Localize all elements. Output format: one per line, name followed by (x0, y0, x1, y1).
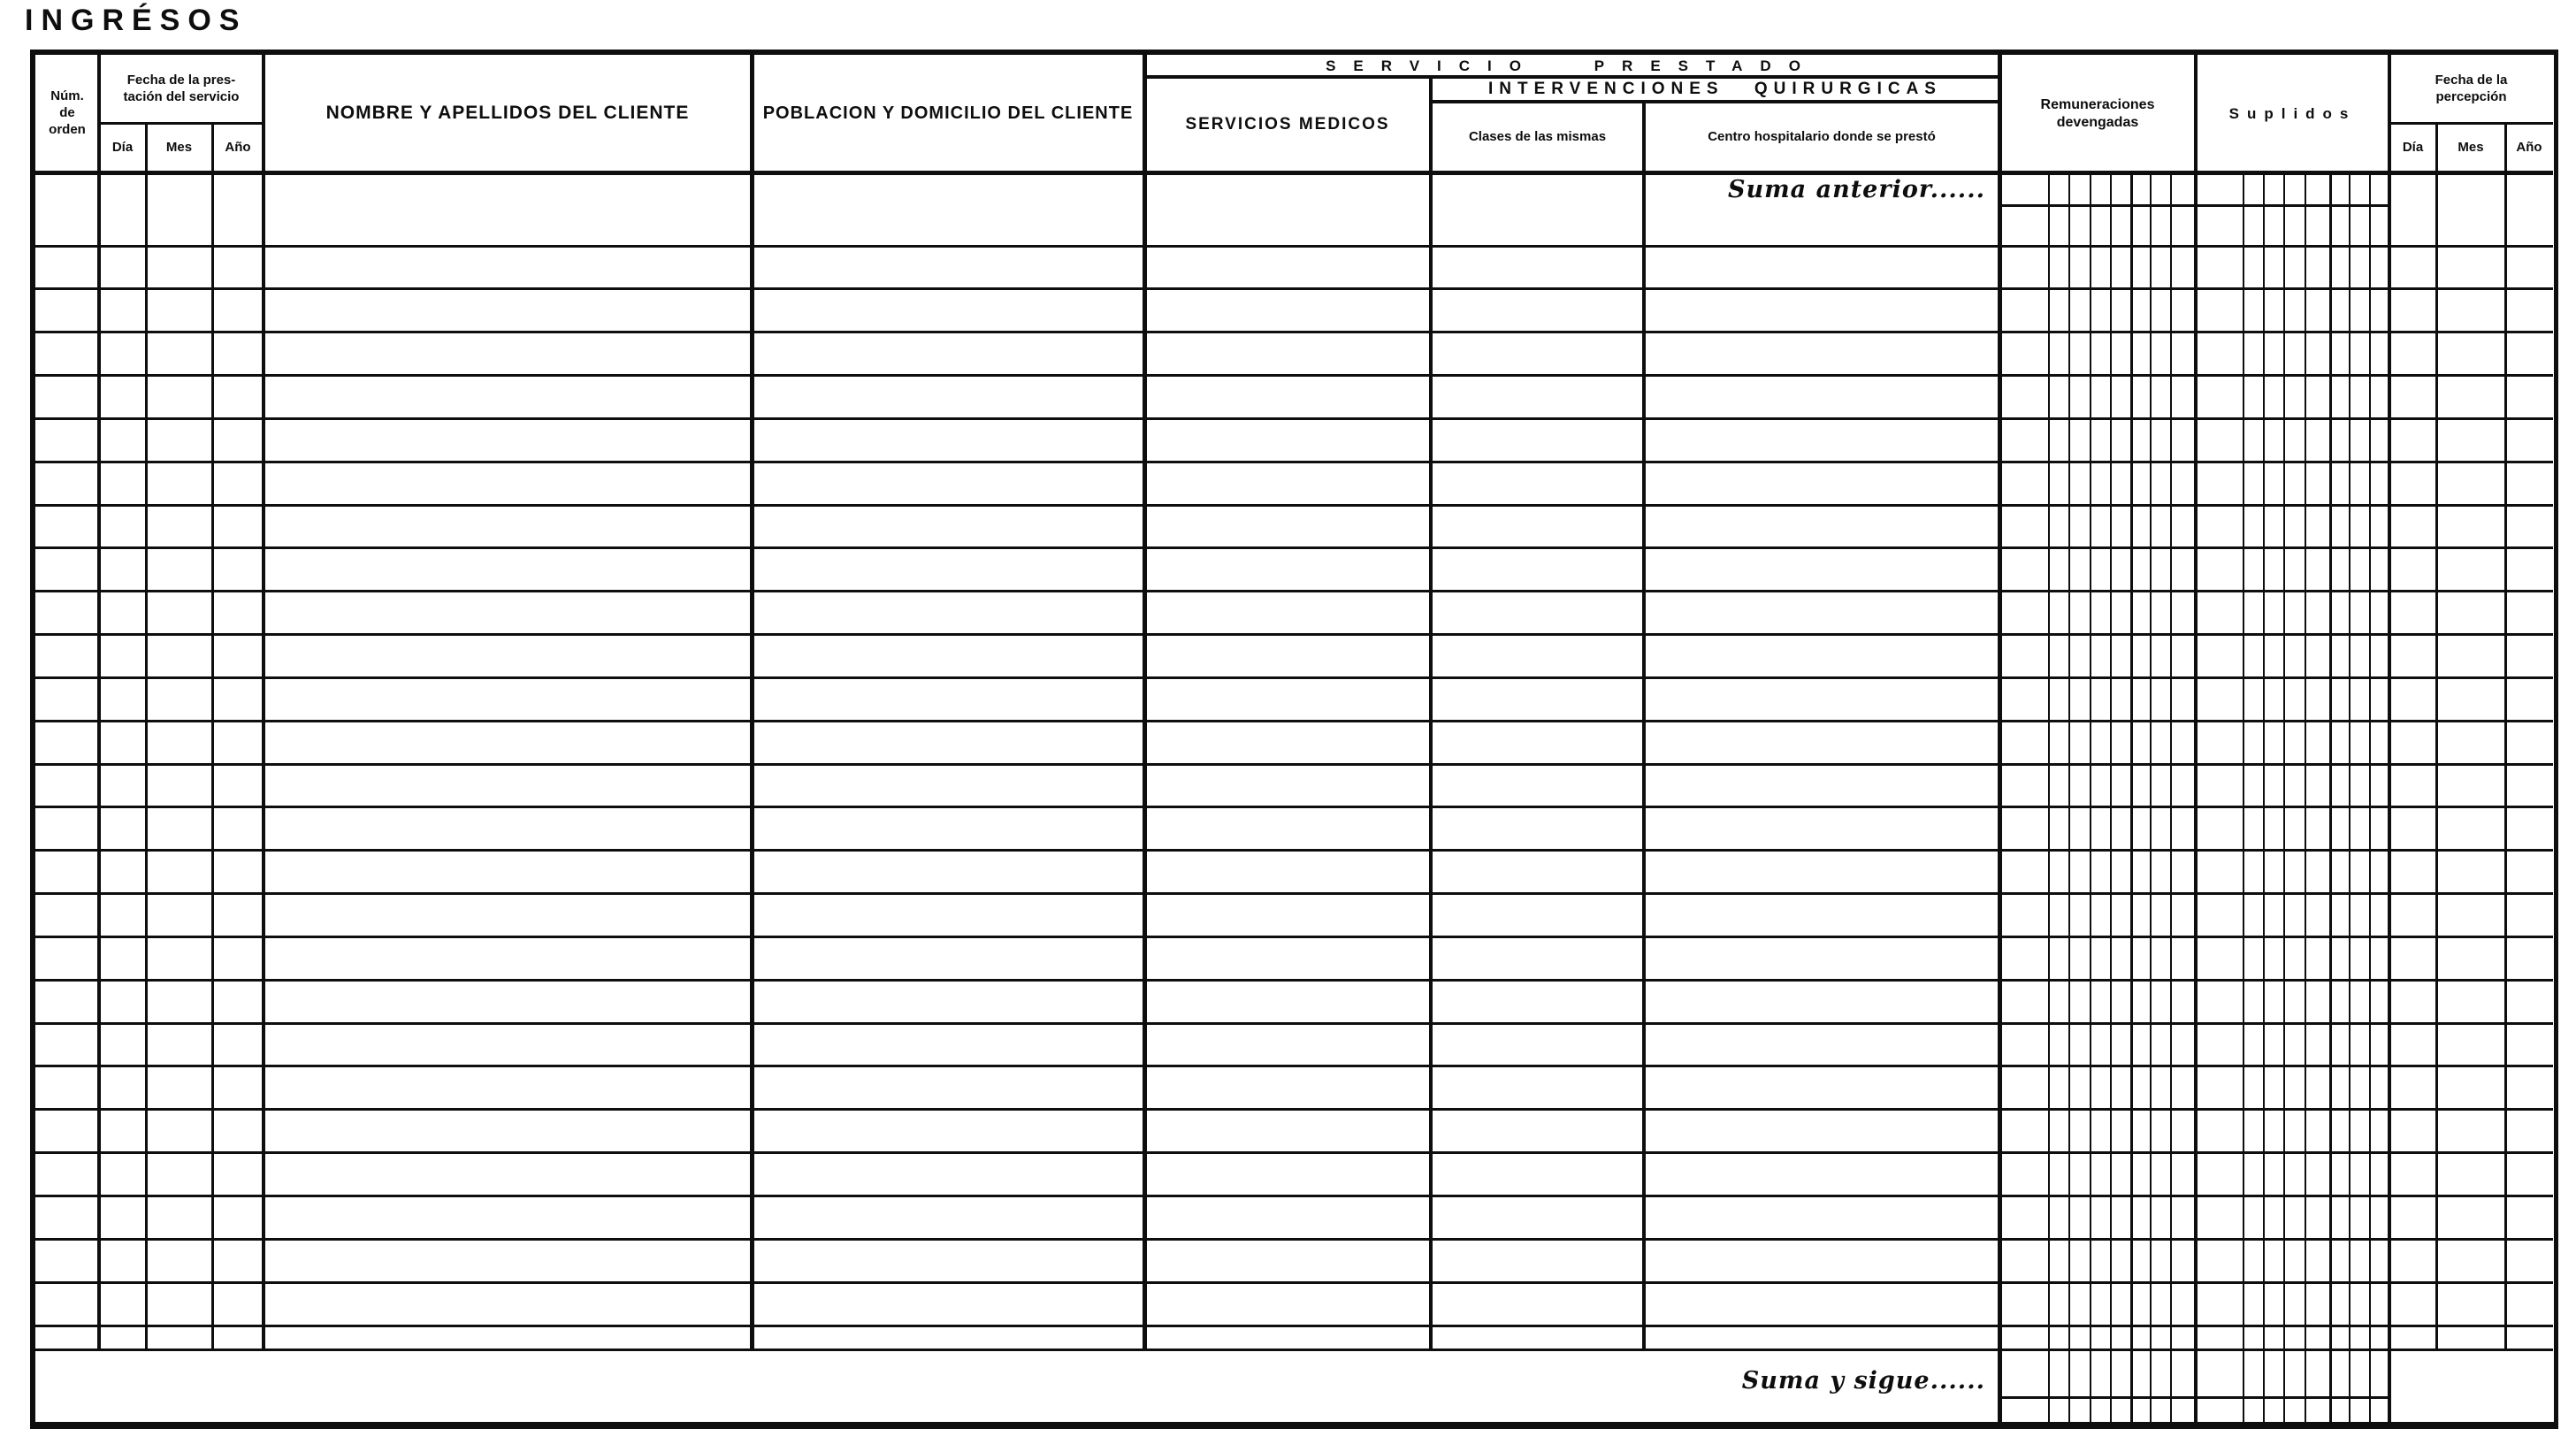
scanned-ledger-page: INGRÉSOS Núm. de orden Fecha de la pres-… (0, 0, 2576, 1444)
header-fecha-percepcion-line1: Fecha de la (2435, 73, 2508, 89)
page-title: INGRÉSOS (25, 4, 247, 38)
header-num-orden-line3: orden (49, 122, 86, 139)
header-prestacion-dia: Día (99, 123, 146, 172)
grid-hline (35, 417, 2553, 420)
grid-hline (35, 245, 2553, 248)
grid-hline (35, 892, 2553, 895)
grid-vline (1998, 55, 2002, 1422)
grid-vline (97, 55, 101, 1349)
grid-hline (35, 849, 2553, 852)
grid-hline (35, 1195, 2553, 1197)
header-servicios-medicos: SERVICIOS MEDICOS (1144, 77, 1431, 172)
header-fecha-percepcion: Fecha de la percepción (2389, 55, 2553, 123)
header-remuneraciones-line1: Remuneraciones (2041, 96, 2155, 114)
grid-vline (1429, 77, 1433, 1349)
grid-vline (2243, 172, 2244, 1422)
grid-hline (35, 806, 2553, 808)
grid-vline (2369, 172, 2371, 1422)
header-prestacion-ano: Año (212, 123, 264, 172)
grid-hline (35, 676, 2553, 679)
header-centro-hospitalario: Centro hospitalario donde se prestó (1644, 102, 1999, 172)
suma-y-sigue-label: Suma y sigue...... (1583, 1364, 1985, 1397)
grid-hline (1999, 1396, 2389, 1399)
header-percepcion-mes: Mes (2436, 123, 2505, 172)
grid-hline (35, 374, 2553, 377)
grid-hline (35, 331, 2553, 333)
header-fecha-prestacion-line1: Fecha de la pres- (127, 73, 236, 89)
header-percepcion-dia: Día (2389, 123, 2436, 172)
grid-vline (2130, 172, 2133, 1422)
grid-vline (2263, 172, 2265, 1422)
grid-hline (2389, 122, 2553, 125)
grid-vline (750, 55, 754, 1349)
grid-vline (211, 123, 214, 1349)
grid-hline (35, 461, 2553, 463)
header-fecha-prestacion: Fecha de la pres- tación del servicio (99, 55, 264, 123)
grid-vline (2329, 172, 2332, 1422)
grid-vline (2504, 123, 2507, 1349)
grid-hline (35, 1065, 2553, 1067)
grid-vline (2388, 55, 2391, 1422)
header-nombre-cliente: NOMBRE Y APELLIDOS DEL CLIENTE (264, 55, 752, 172)
grid-vline (1143, 55, 1147, 1349)
header-remuneraciones-line2: devengadas (2057, 114, 2138, 132)
grid-vline (2110, 172, 2112, 1422)
header-fecha-prestacion-line2: tación del servicio (124, 89, 240, 106)
grid-hline (35, 504, 2553, 507)
grid-vline (2435, 123, 2438, 1349)
grid-vline (2283, 172, 2285, 1422)
grid-vline (2090, 172, 2091, 1422)
grid-hline (35, 287, 2553, 290)
grid-vline (2349, 172, 2351, 1422)
grid-vline (2048, 172, 2050, 1422)
header-clases-mismas: Clases de las mismas (1431, 102, 1644, 172)
header-poblacion-cliente: POBLACION Y DOMICILIO DEL CLIENTE (752, 55, 1144, 172)
grid-hline (1999, 204, 2389, 207)
header-prestacion-mes: Mes (146, 123, 212, 172)
header-servicio-prestado: SERVICIO PRESTADO (1144, 55, 1999, 77)
grid-hline (1431, 100, 1999, 103)
grid-hline (35, 171, 2553, 175)
grid-vline (2170, 172, 2172, 1422)
grid-hline (35, 633, 2553, 636)
grid-hline (1144, 75, 1999, 79)
header-remuneraciones: Remuneraciones devengadas (1999, 55, 2196, 172)
grid-hline (99, 122, 264, 125)
header-intervenciones-quirurgicas: INTERVENCIONES QUIRURGICAS (1431, 77, 1999, 102)
grid-hline (35, 936, 2553, 938)
grid-vline (145, 123, 148, 1349)
grid-hline (35, 1348, 2553, 1351)
ingresos-ledger-form: Núm. de orden Fecha de la pres- tación d… (30, 50, 2558, 1429)
header-fecha-percepcion-line2: percepción (2435, 89, 2506, 106)
grid-hline (35, 979, 2553, 982)
grid-vline (2068, 172, 2070, 1422)
grid-hline (35, 1151, 2553, 1154)
header-num-orden-line2: de (59, 105, 75, 122)
grid-hline (35, 546, 2553, 549)
grid-hline (35, 1238, 2553, 1241)
header-percepcion-ano: Año (2505, 123, 2553, 172)
grid-hline (35, 763, 2553, 766)
header-suplidos: Suplidos (2196, 55, 2389, 172)
grid-vline (262, 55, 265, 1349)
grid-vline (2194, 55, 2198, 1422)
grid-hline (35, 590, 2553, 592)
grid-vline (2305, 172, 2306, 1422)
grid-hline (35, 1281, 2553, 1284)
grid-hline (35, 720, 2553, 722)
grid-hline (35, 1022, 2553, 1025)
grid-hline (35, 1325, 2553, 1327)
grid-hline (35, 1108, 2553, 1111)
header-num-orden-line1: Núm. (50, 88, 84, 105)
grid-vline (2150, 172, 2152, 1422)
header-num-orden: Núm. de orden (35, 55, 99, 172)
